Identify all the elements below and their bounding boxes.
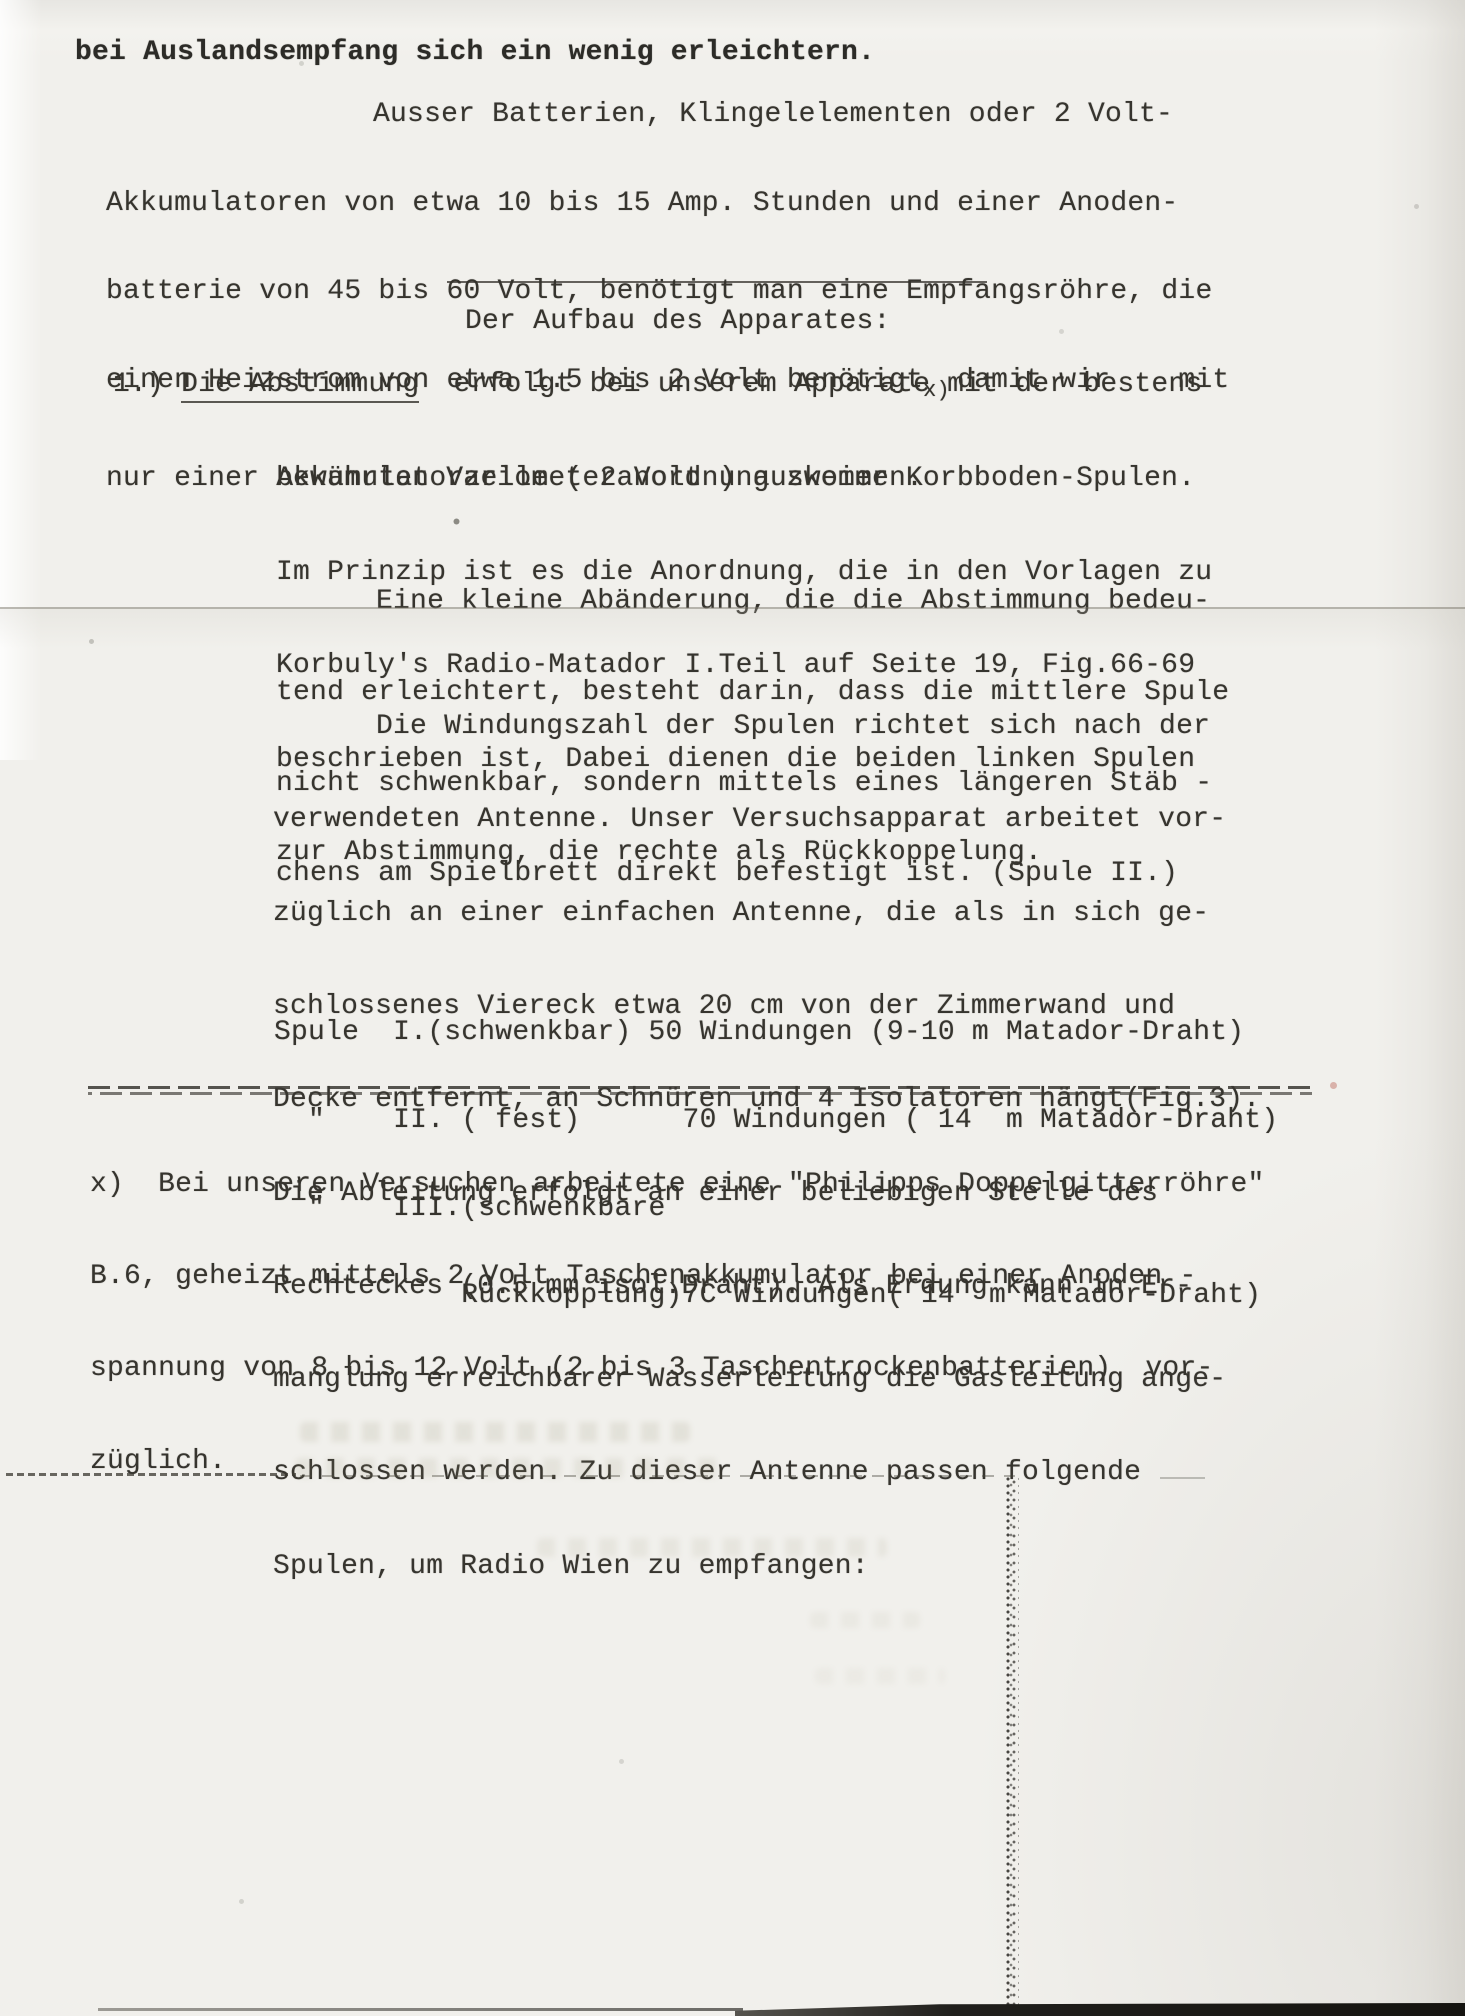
- scanner-edge-line: [98, 2008, 743, 2011]
- typed-line: Akkumulatoren von etwa 10 bis 15 Amp. St…: [106, 189, 1229, 219]
- bleed-through-smudge: [295, 1458, 720, 1478]
- typed-line: x) Bei unseren Versuchen arbeitete eine …: [90, 1170, 1265, 1201]
- bleed-through-smudge: [815, 1668, 945, 1684]
- typed-line: züglich an einer einfachen Antenne, die …: [273, 898, 1260, 929]
- typed-line: bewährten Variometeranordnung zweier Kor…: [276, 463, 1212, 494]
- fold-crease-shadow: [0, 609, 1465, 649]
- typed-line: Ausser Batterien, Klingelelementen oder …: [373, 100, 1229, 130]
- paper-specks: [0, 0, 3, 3]
- bleed-through-smudge: [810, 1612, 920, 1628]
- fold-crease-dotted: [1160, 1477, 1205, 1479]
- coil-list-item: Spule I.(schwenkbar) 50 Windungen (9-10 …: [274, 1018, 1278, 1047]
- bleed-through-smudge: [537, 1538, 887, 1557]
- typed-text: erfolgt bei unserem Apparate mit der bes…: [419, 369, 1202, 400]
- fold-crease-dotted: [6, 1473, 296, 1476]
- scanned-document-page: bei Auslandsempfang sich ein wenig erlei…: [0, 0, 1465, 2016]
- typed-line: verwendeten Antenne. Unser Versuchsappar…: [273, 804, 1260, 835]
- bleed-through-smudge: [300, 1422, 690, 1442]
- heading-underline: [447, 281, 987, 283]
- underlined-term: Die Abstimmung: [181, 369, 419, 403]
- footnote-separator-dashes: [88, 1092, 1312, 1095]
- binding-stitch-strip: [1005, 1477, 1019, 2016]
- list-number: 1.): [113, 369, 181, 400]
- typed-line: 1.) Die Abstimmung erfolgt bei unserem A…: [113, 369, 1212, 400]
- typed-line: B.6, geheizt mittels 2 Volt Taschenakkum…: [90, 1262, 1265, 1293]
- typed-line: spannung von 8 bis 12 Volt (2 bis 3 Tasc…: [90, 1354, 1265, 1385]
- footnote-separator-dashes: [88, 1086, 1312, 1089]
- scan-right-shadow: [1375, 0, 1465, 2016]
- scanner-edge-bar: [735, 2003, 1465, 2016]
- typed-line: Die Windungszahl der Spulen richtet sich…: [376, 711, 1260, 742]
